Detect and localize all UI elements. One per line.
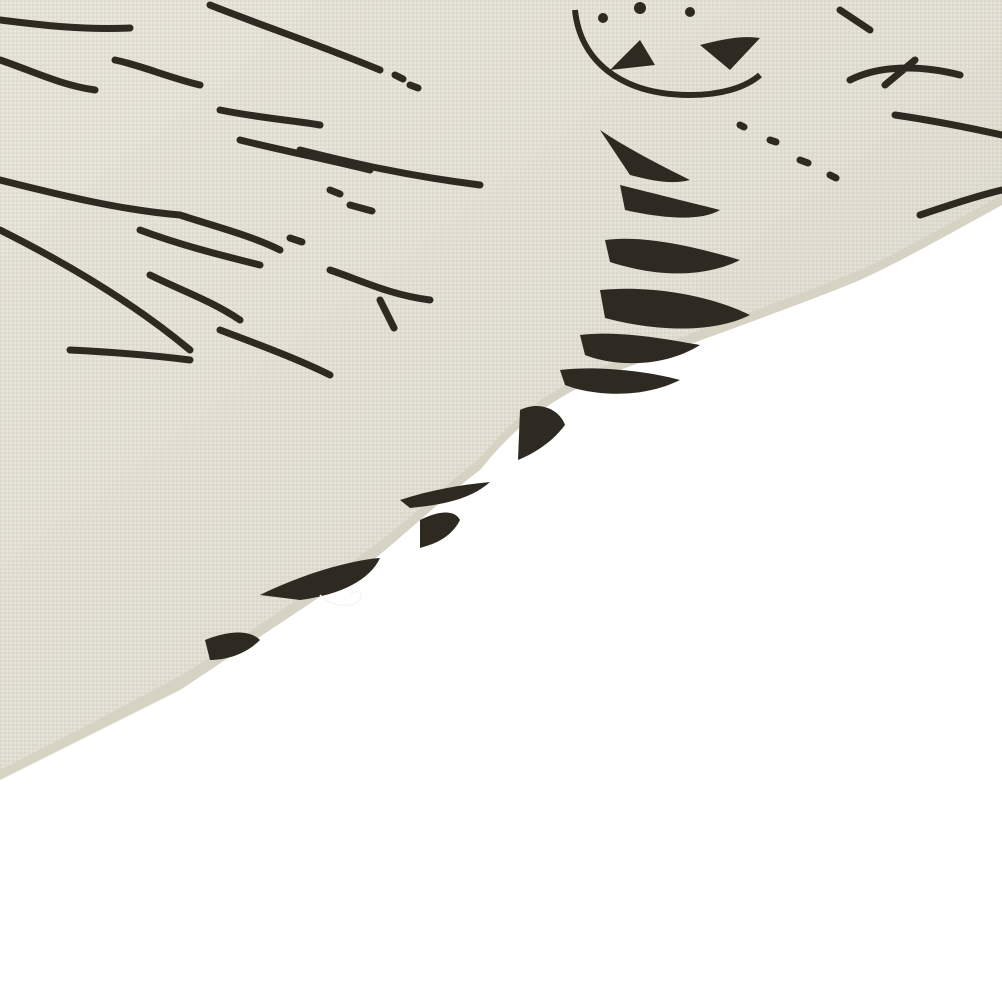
fabric-illustration bbox=[0, 0, 1002, 1002]
product-photo bbox=[0, 0, 1002, 1002]
